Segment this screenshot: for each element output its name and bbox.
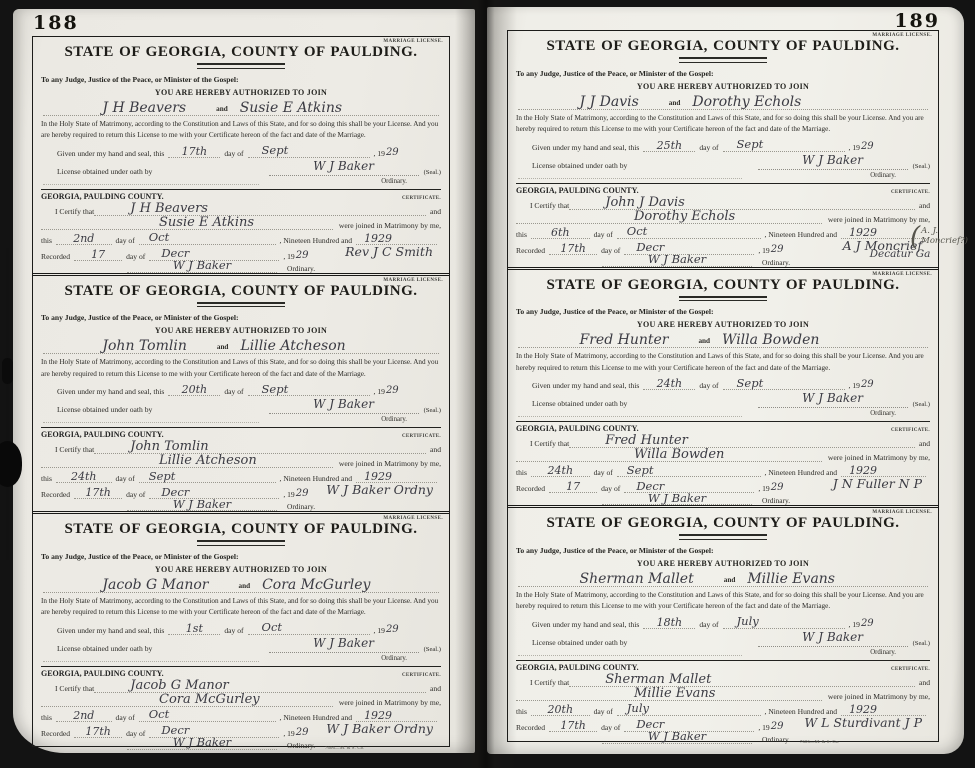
day-of-label: day of xyxy=(224,387,243,396)
ordinary-signature-block: W J Baker (Seal.) xyxy=(269,157,441,176)
certify-groom-line: John J Davis xyxy=(569,196,915,210)
authorized-line: YOU ARE HEREBY AUTHORIZED TO JOIN xyxy=(41,326,441,335)
groom-name: John Tomlin xyxy=(102,339,186,353)
recorded-line: Recorded 17 day of Decr , 19 29 J N Full… xyxy=(516,478,930,493)
recorded-line: Recorded 17th day of Decr , 19 29 W J Ba… xyxy=(41,723,441,738)
recorded-year: 29 xyxy=(771,722,784,732)
recorded-line: Recorded 17th day of Decr , 19 29 A J Mo… xyxy=(516,240,930,255)
recorded-year: 29 xyxy=(296,489,309,499)
year-19-label: , 19 xyxy=(758,723,769,732)
ordinary-signature-block: W J Baker (Seal.) xyxy=(758,628,930,647)
ordinary-row: Ordinary. xyxy=(41,178,441,185)
license-day: 1st xyxy=(186,623,203,634)
this-label: this xyxy=(41,474,52,483)
license-body-text: In the Holy State of Matrimony, accordin… xyxy=(516,113,930,136)
ordinary-signature: W J Baker xyxy=(313,159,374,173)
oath-label: License obtained under oath by xyxy=(532,638,627,647)
form-title: STATE OF GEORGIA, COUNTY OF PAULDING. xyxy=(41,521,441,538)
groom-name: Sherman Mallet xyxy=(580,572,694,586)
license-month: Oct xyxy=(262,622,283,634)
marriage-month: Oct xyxy=(149,709,170,721)
recorded-month-slot: Decr xyxy=(149,487,279,500)
bride-name: Willa Bowden xyxy=(722,333,819,347)
license-day-slot: 1st xyxy=(168,623,220,635)
binder-clip-small xyxy=(2,358,13,384)
given-prefix: Given under my hand and seal, this xyxy=(57,387,164,396)
recorded-day: 17th xyxy=(85,487,111,498)
marriage-license-form: MARRIAGE LICENSE. STATE OF GEORGIA, COUN… xyxy=(508,31,938,267)
given-under-hand-line: Given under my hand and seal, this 20th … xyxy=(41,382,441,396)
certify-groom-line: Sherman Mallet xyxy=(569,673,915,687)
certificate-heading: GEORGIA, PAULDING COUNTY. CERTIFICATE. xyxy=(516,186,930,195)
license-body-text: In the Holy State of Matrimony, accordin… xyxy=(41,119,441,142)
right-page: 189 MARRIAGE LICENSE. STATE OF GEORGIA, … xyxy=(487,7,964,754)
and-label: and xyxy=(669,99,681,109)
ordinary-row: Ordinary. xyxy=(516,410,930,417)
signature-line: W J Baker xyxy=(269,157,419,176)
recorded-month: Decr xyxy=(161,725,189,737)
certify-groom-line: Jacob G Manor xyxy=(94,679,426,693)
certify-label: I Certify that xyxy=(516,678,569,687)
oath-label: License obtained under oath by xyxy=(532,161,627,170)
ordinary-label: Ordinary. xyxy=(287,502,315,511)
marriage-day: 20th xyxy=(548,704,574,715)
blank-dotted-line xyxy=(518,650,742,656)
ordinary-label: Ordinary. xyxy=(762,496,790,505)
certify-line-bride: Millie Evans were joined in Matrimony by… xyxy=(516,687,930,701)
license-day: 24th xyxy=(657,378,683,389)
and-label: and xyxy=(238,582,250,592)
license-month: Sept xyxy=(262,384,289,396)
officiant-signature: J N Fuller N P xyxy=(833,476,922,491)
salutation-line: To any Judge, Justice of the Peace, or M… xyxy=(41,552,441,561)
day-of-label: day of xyxy=(699,143,718,152)
day-of-label: day of xyxy=(116,474,135,483)
title-flourish xyxy=(197,302,285,308)
recorded-day-slot: 17th xyxy=(74,726,122,738)
ordinary-signature-line: W J Baker xyxy=(127,499,277,512)
ordinary-signature: W J Baker xyxy=(648,731,706,743)
day-of-label: day of xyxy=(601,484,620,493)
ordinary-signature-line: W J Baker xyxy=(602,731,752,744)
oath-row: License obtained under oath by W J Baker… xyxy=(516,634,930,647)
authorized-line: YOU ARE HEREBY AUTHORIZED TO JOIN xyxy=(516,82,930,91)
recorded-year: 29 xyxy=(296,251,309,261)
and-label: and xyxy=(915,201,930,210)
day-of-label: day of xyxy=(594,468,613,477)
given-prefix: Given under my hand and seal, this xyxy=(532,143,639,152)
couple-names-line: J J Davis and Dorothy Echols xyxy=(518,91,928,110)
certificate-groom-name: Fred Hunter xyxy=(605,434,688,447)
marriage-day-slot: 6th xyxy=(531,227,590,239)
margin-note-line2: Moncrief?) xyxy=(921,237,968,247)
certificate-groom-name: Jacob G Manor xyxy=(130,679,229,692)
certify-label: I Certify that xyxy=(516,201,569,210)
bride-name: Lillie Atcheson xyxy=(240,339,345,353)
officiant-signature-block: W J Baker Ordny xyxy=(326,481,433,499)
ordinary-signature: W J Baker xyxy=(802,153,863,167)
ordinary-signature-block: W J Baker (Seal.) xyxy=(758,389,930,408)
day-of-label: day of xyxy=(601,723,620,732)
recorded-month: Decr xyxy=(636,242,664,254)
ordinary-signature-row: W J Baker Ordinary. xyxy=(41,499,441,511)
officiant-signature-block: Rev J C Smith xyxy=(345,243,433,261)
bride-name: Dorothy Echols xyxy=(692,95,801,109)
oath-row: License obtained under oath by W J Baker… xyxy=(41,640,441,653)
marriage-month: July xyxy=(627,703,649,715)
given-under-hand-line: Given under my hand and seal, this 1st d… xyxy=(41,621,441,635)
certify-line-bride: Cora McGurley were joined in Matrimony b… xyxy=(41,693,441,707)
county-heading: GEORGIA, PAULDING COUNTY. xyxy=(516,424,639,433)
ordinary-signature: W J Baker xyxy=(173,499,231,511)
county-heading: GEORGIA, PAULDING COUNTY. xyxy=(41,192,164,201)
marriage-license-corner-label: MARRIAGE LICENSE. xyxy=(383,278,443,283)
day-of-label: day of xyxy=(224,626,243,635)
license-month: Sept xyxy=(262,145,289,157)
recorded-year: 29 xyxy=(771,245,784,255)
scanned-register-spread: 188 MARRIAGE LICENSE. STATE OF GEORGIA, … xyxy=(0,0,975,768)
day-of-label: day of xyxy=(116,713,135,722)
marriage-month-slot: Sept xyxy=(139,471,276,484)
marriage-license-form: MARRIAGE LICENSE. STATE OF GEORGIA, COUN… xyxy=(508,505,938,744)
couple-names-line: Sherman Mallet and Millie Evans xyxy=(518,568,928,587)
ordinary-signature-block: W J Baker (Seal.) xyxy=(269,634,441,653)
marriage-day-slot: 2nd xyxy=(56,233,112,245)
ordinary-signature-line: W J Baker xyxy=(602,254,752,267)
certificate-groom-name: J H Beavers xyxy=(130,202,208,215)
certificate-corner-label: CERTIFICATE. xyxy=(891,428,930,433)
recorded-day: 17 xyxy=(566,481,580,492)
certificate-heading: GEORGIA, PAULDING COUNTY. CERTIFICATE. xyxy=(41,669,441,678)
marriage-day: 24th xyxy=(548,465,574,476)
and-label: and xyxy=(426,445,441,454)
ordinary-label: Ordinary. xyxy=(870,649,896,656)
and-label: and xyxy=(217,343,229,353)
form-title: STATE OF GEORGIA, COUNTY OF PAULDING. xyxy=(516,38,930,55)
officiant-signature: W J Baker Ordny xyxy=(326,482,433,497)
license-day: 17th xyxy=(182,146,208,157)
printer-mark: 7606—M. & S. Co. xyxy=(800,739,839,744)
authorized-line: YOU ARE HEREBY AUTHORIZED TO JOIN xyxy=(41,565,441,574)
ordinary-label: Ordinary. xyxy=(381,655,407,662)
license-body-text: In the Holy State of Matrimony, accordin… xyxy=(516,351,930,374)
license-body-text: In the Holy State of Matrimony, accordin… xyxy=(41,596,441,619)
marriage-month: Oct xyxy=(149,232,170,244)
couple-names-line: John Tomlin and Lillie Atcheson xyxy=(43,335,439,354)
bride-name: Millie Evans xyxy=(747,572,835,586)
section-rule xyxy=(41,189,441,190)
ordinary-label: Ordinary. xyxy=(762,258,790,267)
section-rule xyxy=(516,183,930,184)
county-heading: GEORGIA, PAULDING COUNTY. xyxy=(41,430,164,439)
ordinary-row: Ordinary. xyxy=(516,172,930,179)
ordinary-signature-row: W J Baker Ordinary. xyxy=(516,493,930,505)
day-of-label: day of xyxy=(699,381,718,390)
given-under-hand-line: Given under my hand and seal, this 18th … xyxy=(516,615,930,629)
recorded-month-slot: Decr xyxy=(624,481,754,494)
given-under-hand-line: Given under my hand and seal, this 17th … xyxy=(41,144,441,158)
page-number-right: 189 xyxy=(894,10,940,32)
ordinary-signature-block: W J Baker (Seal.) xyxy=(269,395,441,414)
license-day: 18th xyxy=(657,617,683,628)
ordinary-row: Ordinary. xyxy=(41,655,441,662)
seal-label: (Seal.) xyxy=(913,401,930,408)
section-rule xyxy=(516,660,930,661)
marriage-month-slot: Oct xyxy=(139,232,276,245)
marriage-day: 2nd xyxy=(73,710,94,721)
license-day: 20th xyxy=(182,384,208,395)
marriage-license-corner-label: MARRIAGE LICENSE. xyxy=(383,39,443,44)
nineteen-hundred-label: , Nineteen Hundred and xyxy=(280,236,353,245)
ordinary-signature-line: W J Baker xyxy=(127,260,277,273)
pencil-margin-note: A. J. Moncrief?) xyxy=(910,224,968,250)
license-month: Sept xyxy=(737,139,764,151)
recorded-day-slot: 17 xyxy=(74,249,122,261)
county-heading: GEORGIA, PAULDING COUNTY. xyxy=(41,669,164,678)
bride-name: Susie E Atkins xyxy=(240,101,342,115)
day-of-label: day of xyxy=(699,620,718,629)
recorded-day-slot: 17th xyxy=(549,243,597,255)
bride-name: Cora McGurley xyxy=(262,578,370,592)
certificate-groom-name: John Tomlin xyxy=(130,440,208,453)
blank-dotted-line xyxy=(518,173,742,179)
ordinary-signature-row: W J Baker Ordinary. 7606—M. & S. Co. xyxy=(516,732,930,744)
recorded-month: Decr xyxy=(161,248,189,260)
recorded-month-slot: Decr xyxy=(149,725,279,738)
year-19-label: , 19 xyxy=(758,484,769,493)
certificate-heading: GEORGIA, PAULDING COUNTY. CERTIFICATE. xyxy=(516,424,930,433)
joined-label: were joined in Matrimony by me, xyxy=(822,692,930,701)
seal-label: (Seal.) xyxy=(424,646,441,653)
and-label: and xyxy=(216,105,228,115)
certificate-corner-label: CERTIFICATE. xyxy=(402,673,441,678)
groom-name: J H Beavers xyxy=(102,101,186,115)
officiant-signature-line2: Decatur Ga xyxy=(870,249,931,260)
given-prefix: Given under my hand and seal, this xyxy=(532,620,639,629)
certificate-corner-label: CERTIFICATE. xyxy=(402,196,441,201)
ordinary-signature-row: W J Baker Ordinary. xyxy=(516,255,930,267)
certify-bride-line: Cora McGurley xyxy=(41,693,333,707)
marriage-license-form: MARRIAGE LICENSE. STATE OF GEORGIA, COUN… xyxy=(508,267,938,506)
marriage-license-form: MARRIAGE LICENSE. STATE OF GEORGIA, COUN… xyxy=(33,273,449,512)
and-label: and xyxy=(724,576,736,586)
certify-bride-line: Willa Bowden xyxy=(516,448,822,462)
certify-line-bride: Susie E Atkins were joined in Matrimony … xyxy=(41,216,441,230)
marriage-day-slot: 20th xyxy=(531,704,590,716)
marriage-license-corner-label: MARRIAGE LICENSE. xyxy=(872,510,932,515)
blank-dotted-line xyxy=(43,417,259,423)
signature-line: W J Baker xyxy=(758,628,908,647)
recorded-month: Decr xyxy=(636,481,664,493)
signature-line: W J Baker xyxy=(269,395,419,414)
groom-name: J J Davis xyxy=(580,95,639,109)
oath-row: License obtained under oath by W J Baker… xyxy=(516,157,930,170)
ordinary-signature-row: W J Baker Ordinary. 7606—M. & S. Co. xyxy=(41,738,441,750)
license-month: July xyxy=(737,616,759,628)
year-19-label: , 19 xyxy=(283,729,294,738)
title-flourish xyxy=(197,540,285,546)
certify-line-bride: Willa Bowden were joined in Matrimony by… xyxy=(516,448,930,462)
couple-names-line: J H Beavers and Susie E Atkins xyxy=(43,97,439,116)
marriage-month-slot: Oct xyxy=(139,709,276,722)
license-month: Sept xyxy=(737,378,764,390)
officiant-signature: Rev J C Smith xyxy=(345,244,433,259)
oath-row: License obtained under oath by W J Baker… xyxy=(41,401,441,414)
given-under-hand-line: Given under my hand and seal, this 25th … xyxy=(516,138,930,152)
marriage-month: Sept xyxy=(627,465,654,477)
this-label: this xyxy=(41,236,52,245)
marriage-month-slot: Sept xyxy=(617,465,761,478)
recorded-line: Recorded 17 day of Decr , 19 29 Rev J C … xyxy=(41,246,441,261)
given-under-hand-line: Given under my hand and seal, this 24th … xyxy=(516,376,930,390)
certificate-bride-name: Willa Bowden xyxy=(634,448,724,461)
salutation-line: To any Judge, Justice of the Peace, or M… xyxy=(516,307,930,316)
recorded-day-slot: 17 xyxy=(549,481,597,493)
seal-label: (Seal.) xyxy=(424,169,441,176)
nineteen-hundred-label: , Nineteen Hundred and xyxy=(765,230,838,239)
marriage-license-corner-label: MARRIAGE LICENSE. xyxy=(872,33,932,38)
recorded-day: 17th xyxy=(560,720,586,731)
certify-label: I Certify that xyxy=(41,207,94,216)
page-number-left: 188 xyxy=(33,12,79,34)
ordinary-label: Ordinary. xyxy=(870,172,896,179)
signature-line: W J Baker xyxy=(758,389,908,408)
ordinary-signature: W J Baker xyxy=(802,630,863,644)
oath-label: License obtained under oath by xyxy=(57,405,152,414)
this-label: this xyxy=(516,468,527,477)
recorded-month-slot: Decr xyxy=(624,719,754,732)
certify-label: I Certify that xyxy=(516,439,569,448)
ordinary-label: Ordinary. xyxy=(381,416,407,423)
ordinary-signature: W J Baker xyxy=(802,391,863,405)
certify-bride-line: Susie E Atkins xyxy=(41,216,333,230)
marriage-month-slot: Oct xyxy=(617,226,761,239)
blank-dotted-line xyxy=(518,411,742,417)
joined-label: were joined in Matrimony by me, xyxy=(333,459,441,468)
binder-rod xyxy=(6,248,9,560)
groom-name: Fred Hunter xyxy=(580,333,669,347)
salutation-line: To any Judge, Justice of the Peace, or M… xyxy=(41,313,441,322)
license-day: 25th xyxy=(657,140,683,151)
day-of-label: day of xyxy=(116,236,135,245)
certificate-heading: GEORGIA, PAULDING COUNTY. CERTIFICATE. xyxy=(41,192,441,201)
and-label: and xyxy=(426,684,441,693)
and-label: and xyxy=(698,337,710,347)
left-page: 188 MARRIAGE LICENSE. STATE OF GEORGIA, … xyxy=(13,9,475,753)
marriage-day: 2nd xyxy=(73,233,94,244)
officiant-signature: W J Baker Ordny xyxy=(326,721,433,736)
recorded-month: Decr xyxy=(636,719,664,731)
marriage-month: Sept xyxy=(149,471,176,483)
marriage-day: 6th xyxy=(551,227,570,238)
county-heading: GEORGIA, PAULDING COUNTY. xyxy=(516,186,639,195)
recorded-year: 29 xyxy=(296,728,309,738)
recorded-year: 29 xyxy=(771,483,784,493)
recorded-day-slot: 17th xyxy=(74,487,122,499)
license-body-text: In the Holy State of Matrimony, accordin… xyxy=(41,357,441,380)
certify-bride-line: Lillie Atcheson xyxy=(41,454,333,468)
ordinary-label: Ordinary. xyxy=(762,735,790,744)
seal-label: (Seal.) xyxy=(913,640,930,647)
year-19-label: , 19 xyxy=(283,490,294,499)
title-flourish xyxy=(679,296,767,302)
ordinary-signature: W J Baker xyxy=(173,737,231,749)
ordinary-label: Ordinary. xyxy=(870,410,896,417)
section-rule xyxy=(41,666,441,667)
and-label: and xyxy=(915,678,930,687)
oath-label: License obtained under oath by xyxy=(57,644,152,653)
ordinary-signature: W J Baker xyxy=(173,260,231,272)
marriage-month: Oct xyxy=(627,226,648,238)
section-rule xyxy=(516,421,930,422)
certificate-bride-name: Cora McGurley xyxy=(159,693,260,706)
this-label: this xyxy=(516,707,527,716)
certificate-bride-name: Susie E Atkins xyxy=(159,216,254,229)
seal-label: (Seal.) xyxy=(424,407,441,414)
recorded-line: Recorded 17th day of Decr , 19 29 W J Ba… xyxy=(41,484,441,499)
form-title: STATE OF GEORGIA, COUNTY OF PAULDING. xyxy=(41,283,441,300)
certify-label: I Certify that xyxy=(41,684,94,693)
officiant-signature-block: W L Sturdivant J P xyxy=(804,714,922,732)
marriage-month-slot: July xyxy=(617,703,761,716)
ordinary-label: Ordinary. xyxy=(287,741,315,750)
certificate-groom-name: Sherman Mallet xyxy=(605,673,711,686)
recorded-day: 17 xyxy=(91,249,105,260)
recorded-day-slot: 17th xyxy=(549,720,597,732)
certify-bride-line: Millie Evans xyxy=(516,687,822,701)
form-title: STATE OF GEORGIA, COUNTY OF PAULDING. xyxy=(516,515,930,532)
marriage-day: 24th xyxy=(71,471,97,482)
license-day-slot: 24th xyxy=(643,378,695,390)
joined-label: were joined in Matrimony by me, xyxy=(333,221,441,230)
license-day-slot: 25th xyxy=(643,140,695,152)
certificate-corner-label: CERTIFICATE. xyxy=(891,190,930,195)
section-rule xyxy=(41,427,441,428)
couple-names-line: Jacob G Manor and Cora McGurley xyxy=(43,574,439,593)
day-of-label: day of xyxy=(594,707,613,716)
oath-row: License obtained under oath by W J Baker… xyxy=(516,395,930,408)
joined-label: were joined in Matrimony by me, xyxy=(822,453,930,462)
oath-label: License obtained under oath by xyxy=(532,399,627,408)
certify-line-bride: Dorothy Echols were joined in Matrimony … xyxy=(516,210,930,224)
title-flourish xyxy=(679,57,767,63)
certify-label: I Certify that xyxy=(41,445,94,454)
ordinary-label: Ordinary. xyxy=(381,178,407,185)
recorded-label: Recorded xyxy=(41,729,70,738)
officiant-signature: W L Sturdivant J P xyxy=(804,715,922,730)
authorized-line: YOU ARE HEREBY AUTHORIZED TO JOIN xyxy=(41,88,441,97)
marriage-day-slot: 24th xyxy=(56,471,112,483)
certify-line-groom: I Certify that Jacob G Manor and xyxy=(41,678,441,693)
printer-mark: 7606—M. & S. Co. xyxy=(325,745,364,750)
certify-line-groom: I Certify that J H Beavers and xyxy=(41,201,441,216)
oath-row: License obtained under oath by W J Baker… xyxy=(41,163,441,176)
license-body-text: In the Holy State of Matrimony, accordin… xyxy=(516,590,930,613)
joined-label: were joined in Matrimony by me, xyxy=(333,698,441,707)
certify-line-bride: Lillie Atcheson were joined in Matrimony… xyxy=(41,454,441,468)
day-of-label: day of xyxy=(126,252,145,261)
groom-name: Jacob G Manor xyxy=(102,578,208,592)
day-of-label: day of xyxy=(594,230,613,239)
recorded-label: Recorded xyxy=(41,252,70,261)
certify-line-groom: I Certify that John Tomlin and xyxy=(41,439,441,454)
ordinary-signature: W J Baker xyxy=(648,254,706,266)
certify-line-groom: I Certify that Fred Hunter and xyxy=(516,433,930,448)
seal-label: (Seal.) xyxy=(913,163,930,170)
authorized-line: YOU ARE HEREBY AUTHORIZED TO JOIN xyxy=(516,559,930,568)
and-label: and xyxy=(915,439,930,448)
certificate-heading: GEORGIA, PAULDING COUNTY. CERTIFICATE. xyxy=(516,663,930,672)
